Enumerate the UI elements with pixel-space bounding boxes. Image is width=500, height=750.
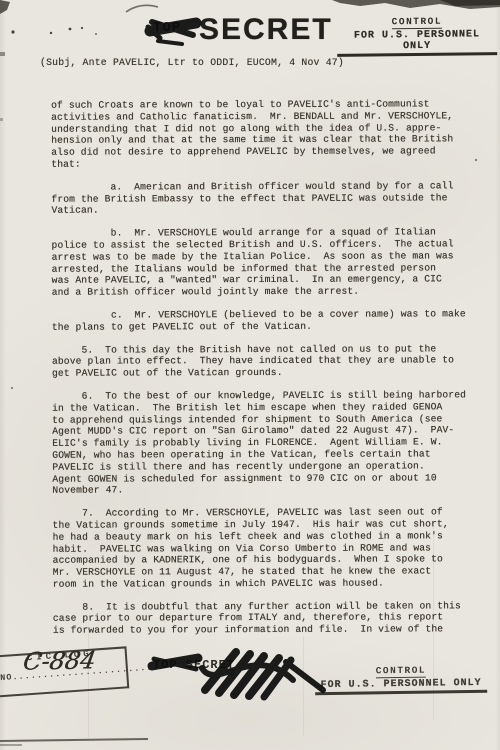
cic-log-stamp-box: CIC LOG NO......................... C-88… [0, 646, 129, 697]
page-number: 2 [229, 667, 235, 678]
control-stamp-top-line2: FOR U.S. PERSONNEL ONLY [337, 29, 497, 57]
classification-secret-stamp: SECRET [199, 13, 333, 47]
document-paragraph: of such Croats are known to be loyal to … [51, 98, 475, 170]
document-paragraph: 5. To this day the British have not call… [52, 343, 476, 380]
control-stamp-top-line1: CONTROL [392, 16, 443, 30]
document-paragraph: a. American and British officer would st… [51, 180, 475, 217]
document-paragraph: 7. According to Mr. VERSCHOYLE, PAVELIC … [52, 506, 476, 590]
document-body: of such Croats are known to be loyal to … [51, 98, 477, 648]
edge-marks [0, 0, 10, 121]
document-paragraph: b. Mr. VERSCHOYLE would arrange for a sq… [51, 226, 475, 298]
document-paragraph: 6. To the best of our knowledge, PAVELIC… [52, 389, 476, 497]
footer-struck-classification-text: TOP SECRET [153, 658, 235, 672]
scanned-document-page: TOP SECRET CONTROL FOR U.S. PERSONNEL ON… [0, 0, 500, 750]
signature-line [0, 739, 148, 741]
document-paragraph: c. Mr. VERSCHOYLE (believed to be a cove… [52, 308, 476, 333]
pencil-arc-mark [126, 5, 158, 12]
control-stamp-bottom-line2: FOR U.S. PERSONNEL ONLY [315, 678, 487, 695]
document-paragraph: 8. It is doubtful that any further actio… [53, 600, 477, 637]
control-stamp-bottom-line1: CONTROL [376, 665, 427, 679]
header-struck-top-text: TOP [153, 20, 181, 36]
control-stamp-bottom: CONTROL FOR U.S. PERSONNEL ONLY [315, 659, 487, 695]
scan-fold-line [88, 628, 89, 738]
subject-line: (Subj, Ante PAVELIC, Ltr to ODDI, EUCOM,… [40, 57, 344, 68]
scan-fold-line [303, 636, 304, 736]
cic-log-number-handwritten: C-884 [21, 646, 98, 675]
control-stamp-top: CONTROL FOR U.S. PERSONNEL ONLY [337, 10, 497, 57]
torn-edge-strip [332, 0, 500, 9]
scan-fold-line [433, 520, 434, 720]
